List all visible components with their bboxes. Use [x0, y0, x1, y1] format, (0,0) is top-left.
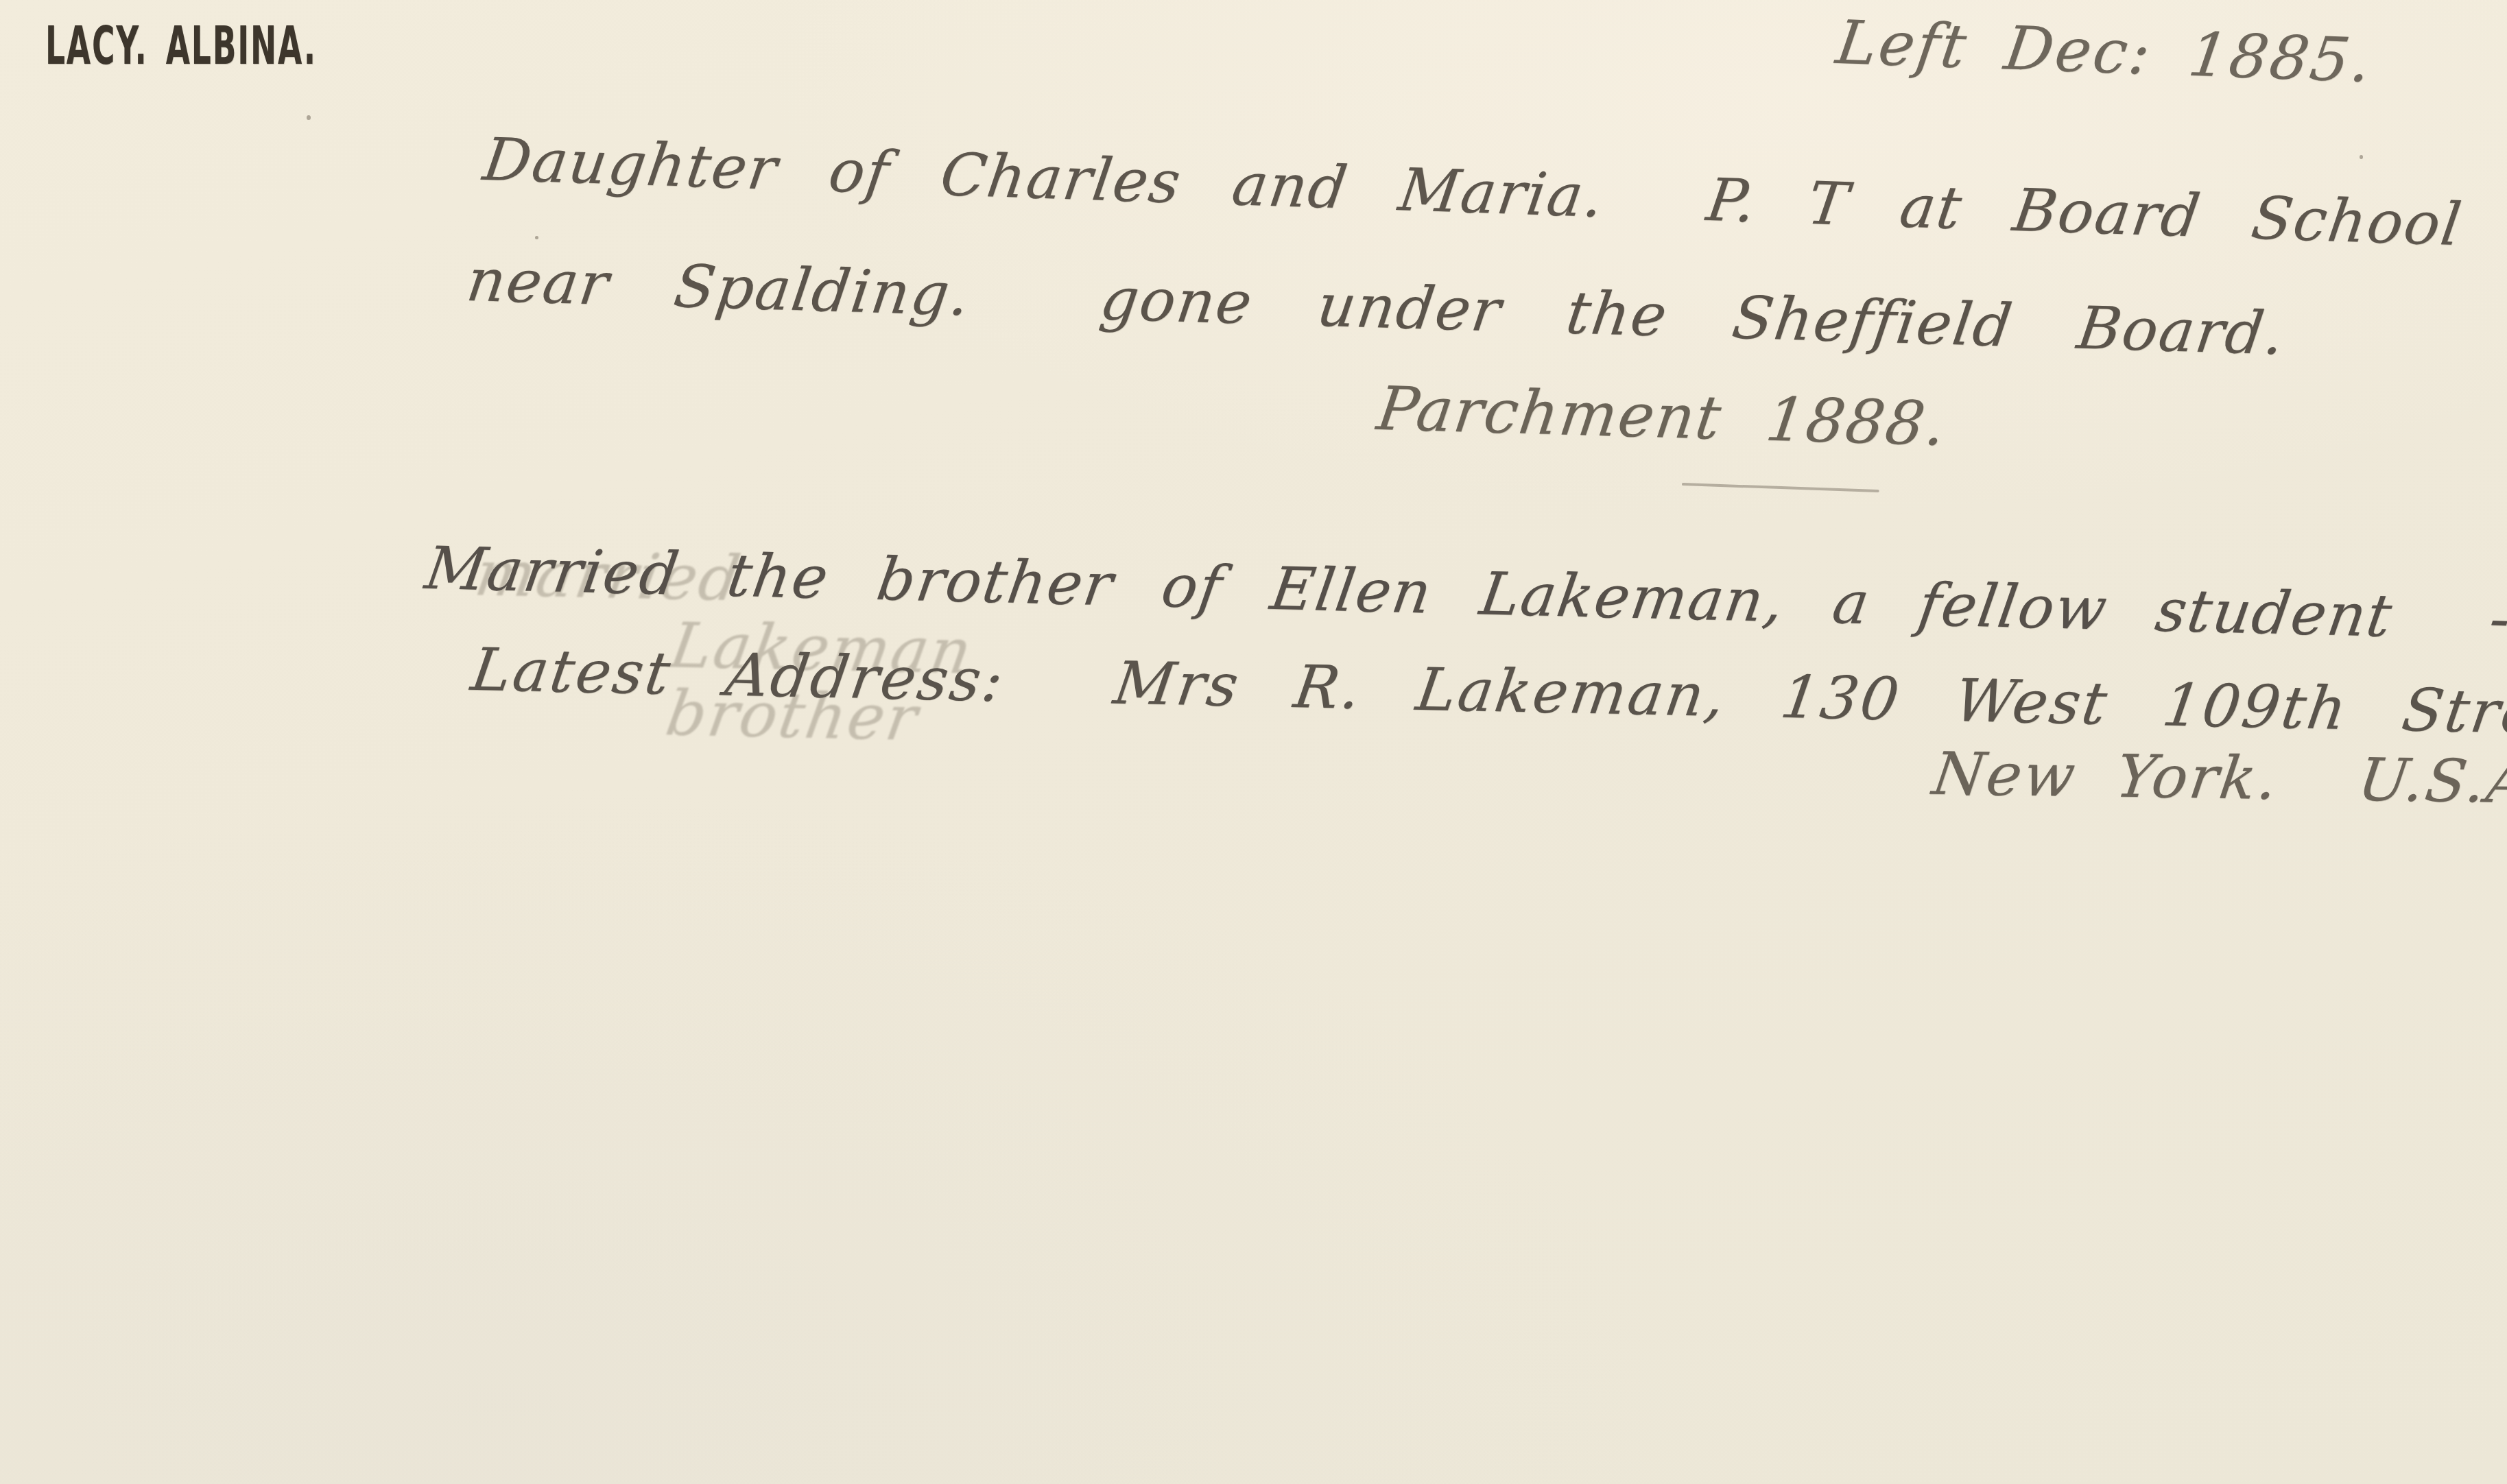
paper-speck	[2360, 155, 2363, 159]
paper-speck	[535, 236, 538, 239]
student-name-heading: LACY. ALBINA.	[45, 15, 317, 76]
parchment-note: Parchment 1888.	[1373, 376, 1951, 458]
parchment-date-underline	[1682, 483, 1879, 492]
left-date-note: Left Dec: 1885.	[1832, 10, 2377, 95]
parentage-note-line1: Daughter of Charles and Maria. P. T at B…	[479, 128, 2507, 268]
address-city-note: New York. U.S.A.	[1929, 742, 2507, 815]
record-card-page: LACY. ALBINA. Left Dec: 1885. Daughter o…	[0, 0, 2507, 1484]
paper-speck	[307, 115, 311, 120]
parentage-note-line2: near Spalding. gone under the Sheffield …	[463, 248, 2289, 367]
